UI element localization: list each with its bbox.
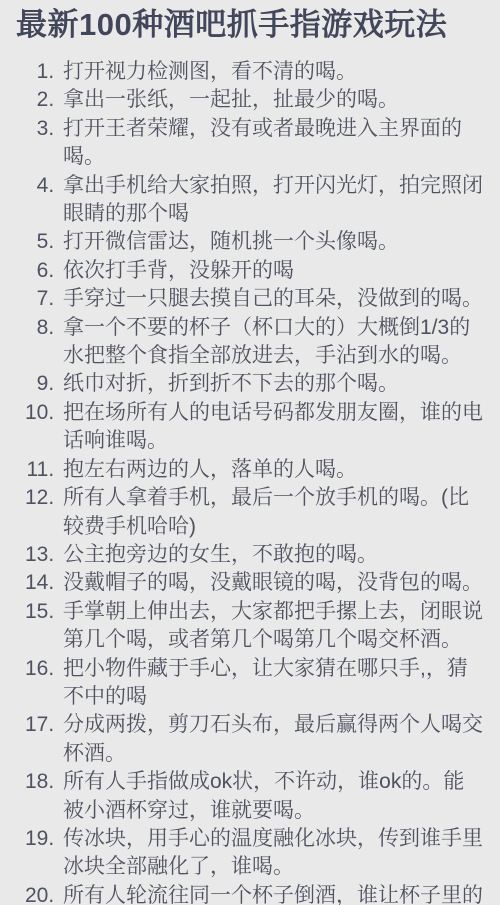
rule-item: 把在场所有人的电话号码都发朋友圈，谁的电话响谁喝。 (60, 399, 484, 456)
rule-item: 拿出手机给大家拍照，打开闪光灯，拍完照闭眼睛的那个喝 (60, 172, 484, 229)
rule-item: 手穿过一只腿去摸自己的耳朵，没做到的喝。 (60, 285, 484, 313)
rule-item: 传冰块，用手心的温度融化冰块，传到谁手里冰块全部融化了，谁喝。 (60, 825, 484, 882)
rule-item: 没戴帽子的喝，没戴眼镜的喝，没背包的喝。 (60, 569, 484, 597)
rule-item: 分成两拨，剪刀石头布，最后赢得两个人喝交杯酒。 (60, 711, 484, 768)
rule-item: 拿一个不要的杯子（杯口大的）大概倒1/3的水把整个食指全部放进去，手沾到水的喝。 (60, 314, 484, 371)
rule-item: 所有人轮流往同一个杯子倒酒，谁让杯子里的 (60, 882, 484, 905)
page-title: 最新100种酒吧抓手指游戏玩法 (16, 5, 488, 45)
rule-item: 公主抱旁边的女生，不敢抱的喝。 (60, 541, 484, 569)
rules-list: 打开视力检测图，看不清的喝。拿出一张纸，一起扯，扯最少的喝。打开王者荣耀，没有或… (0, 58, 500, 905)
rule-item: 把小物件藏于手心，让大家猜在哪只手,，猜不中的喝 (60, 655, 484, 712)
rule-item: 手掌朝上伸出去，大家都把手摞上去，闭眼说第几个喝，或者第几个喝第几个喝交杯酒。 (60, 598, 484, 655)
rule-item: 依次打手背，没躲开的喝 (60, 257, 484, 285)
rule-item: 所有人手指做成ok状，不许动，谁ok的。能被小酒杯穿过，谁就要喝。 (60, 768, 484, 825)
rule-item: 打开王者荣耀，没有或者最晚进入主界面的喝。 (60, 115, 484, 172)
rule-item: 打开微信雷达，随机挑一个头像喝。 (60, 228, 484, 256)
rule-item: 所有人拿着手机，最后一个放手机的喝。(比较费手机哈哈) (60, 484, 484, 541)
rule-item: 纸巾对折，折到折不下去的那个喝。 (60, 370, 484, 398)
rule-item: 抱左右两边的人，落单的人喝。 (60, 456, 484, 484)
rule-item: 打开视力检测图，看不清的喝。 (60, 58, 484, 86)
document-page: 最新100种酒吧抓手指游戏玩法 打开视力检测图，看不清的喝。拿出一张纸，一起扯，… (0, 0, 500, 905)
rule-item: 拿出一张纸，一起扯，扯最少的喝。 (60, 86, 484, 114)
